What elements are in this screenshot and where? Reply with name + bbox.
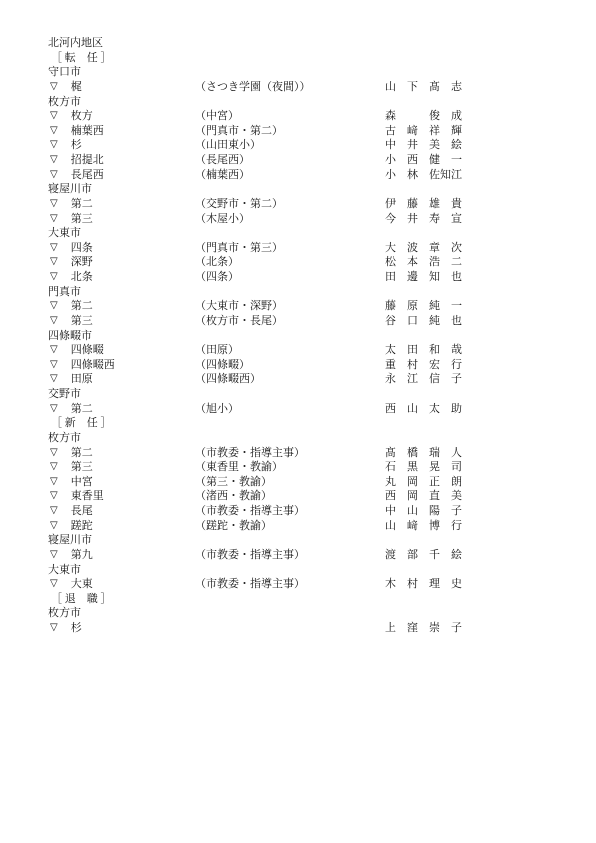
previous-post: （渚西・教諭）	[195, 489, 385, 504]
triangle-marker-icon: ▽	[48, 168, 58, 183]
triangle-marker-icon: ▽	[48, 109, 58, 124]
person-name: 西 山 太 助	[385, 402, 462, 417]
person-name: 森 俊 成	[385, 109, 462, 124]
triangle-marker-icon: ▽	[48, 621, 58, 636]
school-name: 四條畷	[71, 343, 104, 358]
entry-row: ▽第三（枚方市・長尾）谷 口 純 也	[48, 314, 596, 329]
person-name: 石 黒 晃 司	[385, 460, 462, 475]
previous-post: （木屋小）	[195, 212, 385, 227]
triangle-marker-icon: ▽	[48, 519, 58, 534]
person-name: 西 岡 直 美	[385, 489, 462, 504]
entry-left: ▽招提北	[48, 153, 195, 168]
triangle-marker-icon: ▽	[48, 241, 58, 256]
previous-post: （四條畷）	[195, 358, 385, 373]
personnel-list: 北河内地区［ 転 任 ］守口市▽梶（さつき学園（夜間））山 下 髙 志枚方市▽枚…	[48, 36, 596, 636]
previous-post: （交野市・第二）	[195, 197, 385, 212]
entry-left: ▽楠葉西	[48, 124, 195, 139]
entry-left: ▽長尾西	[48, 168, 195, 183]
entry-row: ▽長尾西（楠葉西）小 林 佐知江	[48, 168, 596, 183]
triangle-marker-icon: ▽	[48, 299, 58, 314]
previous-post: （長尾西）	[195, 153, 385, 168]
triangle-marker-icon: ▽	[48, 372, 58, 387]
entry-left: ▽四条	[48, 241, 195, 256]
school-name: 第二	[71, 402, 93, 417]
school-name: 杉	[71, 621, 82, 636]
school-name: 第二	[71, 446, 93, 461]
person-name: 伊 藤 雄 貴	[385, 197, 462, 212]
person-name: 丸 岡 正 朗	[385, 475, 462, 490]
entry-left: ▽第二	[48, 299, 195, 314]
triangle-marker-icon: ▽	[48, 446, 58, 461]
section-row: ［ 退 職 ］	[48, 592, 596, 607]
school-name: 大東	[71, 577, 93, 592]
entry-left: ▽第三	[48, 460, 195, 475]
entry-left: ▽田原	[48, 372, 195, 387]
city-row: 大東市	[48, 226, 596, 241]
entry-row: ▽杉上 窪 崇 子	[48, 621, 596, 636]
entry-row: ▽楠葉西（門真市・第二）古 﨑 祥 輝	[48, 124, 596, 139]
previous-post: （山田東小）	[195, 138, 385, 153]
city-row: 門真市	[48, 285, 596, 300]
triangle-marker-icon: ▽	[48, 314, 58, 329]
person-name: 永 江 信 子	[385, 372, 462, 387]
school-name: 第九	[71, 548, 93, 563]
triangle-marker-icon: ▽	[48, 577, 58, 592]
entry-left: ▽第三	[48, 314, 195, 329]
entry-row: ▽東香里（渚西・教諭）西 岡 直 美	[48, 489, 596, 504]
school-name: 北条	[71, 270, 93, 285]
entry-left: ▽長尾	[48, 504, 195, 519]
triangle-marker-icon: ▽	[48, 80, 58, 95]
entry-left: ▽北条	[48, 270, 195, 285]
previous-post: （さつき学園（夜間））	[195, 80, 385, 95]
school-name: 枚方	[71, 109, 93, 124]
person-name: 山 下 髙 志	[385, 80, 462, 95]
entry-left: ▽東香里	[48, 489, 195, 504]
person-name: 古 﨑 祥 輝	[385, 124, 462, 139]
previous-post: （市教委・指導主事）	[195, 504, 385, 519]
city-label: 大東市	[48, 226, 81, 241]
entry-row: ▽杉（山田東小）中 井 美 絵	[48, 138, 596, 153]
school-name: 杉	[71, 138, 82, 153]
entry-left: ▽大東	[48, 577, 195, 592]
city-label: 枚方市	[48, 431, 81, 446]
school-name: 四条	[71, 241, 93, 256]
school-name: 梶	[71, 80, 82, 95]
person-name: 今 井 寿 宣	[385, 212, 462, 227]
entry-left: ▽蹉跎	[48, 519, 195, 534]
triangle-marker-icon: ▽	[48, 343, 58, 358]
person-name: 山 﨑 博 行	[385, 519, 462, 534]
person-name: 松 本 浩 二	[385, 255, 462, 270]
entry-left: ▽中宮	[48, 475, 195, 490]
city-label: 門真市	[48, 285, 81, 300]
city-label: 四條畷市	[48, 329, 92, 344]
school-name: 蹉跎	[71, 519, 93, 534]
city-label: 寝屋川市	[48, 182, 92, 197]
previous-post: （大東市・深野）	[195, 299, 385, 314]
school-name: 中宮	[71, 475, 93, 490]
school-name: 深野	[71, 255, 93, 270]
school-name: 第二	[71, 197, 93, 212]
triangle-marker-icon: ▽	[48, 489, 58, 504]
entry-row: ▽大東（市教委・指導主事）木 村 理 史	[48, 577, 596, 592]
previous-post: （市教委・指導主事）	[195, 446, 385, 461]
entry-row: ▽四条（門真市・第三）大 波 章 次	[48, 241, 596, 256]
previous-post: （東香里・教諭）	[195, 460, 385, 475]
person-name: 中 山 陽 子	[385, 504, 462, 519]
region-label: 北河内地区	[48, 36, 103, 51]
triangle-marker-icon: ▽	[48, 212, 58, 227]
entry-left: ▽四條畷	[48, 343, 195, 358]
city-row: 大東市	[48, 563, 596, 578]
triangle-marker-icon: ▽	[48, 504, 58, 519]
city-row: 四條畷市	[48, 329, 596, 344]
entry-row: ▽第三（東香里・教諭）石 黒 晃 司	[48, 460, 596, 475]
entry-left: ▽四條畷西	[48, 358, 195, 373]
person-name: 重 村 宏 行	[385, 358, 462, 373]
city-row: 守口市	[48, 65, 596, 80]
entry-left: ▽第二	[48, 197, 195, 212]
person-name: 藤 原 純 一	[385, 299, 462, 314]
previous-post: （市教委・指導主事）	[195, 548, 385, 563]
section-label: ［ 退 職 ］	[48, 592, 112, 607]
previous-post: （門真市・第二）	[195, 124, 385, 139]
entry-left: ▽第二	[48, 402, 195, 417]
previous-post: （門真市・第三）	[195, 241, 385, 256]
triangle-marker-icon: ▽	[48, 270, 58, 285]
city-row: 枚方市	[48, 606, 596, 621]
city-row: 枚方市	[48, 431, 596, 446]
person-name: 谷 口 純 也	[385, 314, 462, 329]
section-row: ［ 新 任 ］	[48, 416, 596, 431]
entry-left: ▽枚方	[48, 109, 195, 124]
city-label: 寝屋川市	[48, 533, 92, 548]
city-label: 交野市	[48, 387, 81, 402]
school-name: 田原	[71, 372, 93, 387]
school-name: 第二	[71, 299, 93, 314]
previous-post: （田原）	[195, 343, 385, 358]
entry-row: ▽招提北（長尾西）小 西 健 一	[48, 153, 596, 168]
section-label: ［ 転 任 ］	[48, 51, 112, 66]
city-label: 枚方市	[48, 606, 81, 621]
entry-left: ▽梶	[48, 80, 195, 95]
person-name: 渡 部 千 絵	[385, 548, 462, 563]
school-name: 東香里	[71, 489, 104, 504]
city-row: 寝屋川市	[48, 182, 596, 197]
previous-post: （第三・教諭）	[195, 475, 385, 490]
school-name: 四條畷西	[71, 358, 115, 373]
previous-post: （四条）	[195, 270, 385, 285]
entry-left: ▽第三	[48, 212, 195, 227]
entry-left: ▽第二	[48, 446, 195, 461]
entry-row: ▽第二（大東市・深野）藤 原 純 一	[48, 299, 596, 314]
school-name: 第三	[71, 314, 93, 329]
previous-post: （旭小）	[195, 402, 385, 417]
triangle-marker-icon: ▽	[48, 358, 58, 373]
entry-left: ▽深野	[48, 255, 195, 270]
person-name: 太 田 和 哉	[385, 343, 462, 358]
person-name: 大 波 章 次	[385, 241, 462, 256]
city-row: 交野市	[48, 387, 596, 402]
triangle-marker-icon: ▽	[48, 124, 58, 139]
entry-row: ▽枚方（中宮）森 俊 成	[48, 109, 596, 124]
section-row: ［ 転 任 ］	[48, 51, 596, 66]
school-name: 招提北	[71, 153, 104, 168]
previous-post: （市教委・指導主事）	[195, 577, 385, 592]
entry-row: ▽中宮（第三・教諭）丸 岡 正 朗	[48, 475, 596, 490]
person-name: 小 西 健 一	[385, 153, 462, 168]
previous-post: （枚方市・長尾）	[195, 314, 385, 329]
entry-row: ▽四條畷（田原）太 田 和 哉	[48, 343, 596, 358]
entry-left: ▽杉	[48, 621, 195, 636]
entry-row: ▽深野（北条）松 本 浩 二	[48, 255, 596, 270]
triangle-marker-icon: ▽	[48, 153, 58, 168]
person-name: 木 村 理 史	[385, 577, 462, 592]
city-label: 大東市	[48, 563, 81, 578]
person-name: 中 井 美 絵	[385, 138, 462, 153]
city-row: 枚方市	[48, 95, 596, 110]
school-name: 長尾	[71, 504, 93, 519]
person-name: 髙 橋 瑞 人	[385, 446, 462, 461]
entry-row: ▽田原（四條畷西）永 江 信 子	[48, 372, 596, 387]
previous-post: （北条）	[195, 255, 385, 270]
section-label: ［ 新 任 ］	[48, 416, 112, 431]
school-name: 第三	[71, 460, 93, 475]
entry-row: ▽第二（市教委・指導主事）髙 橋 瑞 人	[48, 446, 596, 461]
previous-post: （楠葉西）	[195, 168, 385, 183]
entry-row: ▽梶（さつき学園（夜間））山 下 髙 志	[48, 80, 596, 95]
city-label: 枚方市	[48, 95, 81, 110]
triangle-marker-icon: ▽	[48, 255, 58, 270]
person-name: 小 林 佐知江	[385, 168, 462, 183]
triangle-marker-icon: ▽	[48, 138, 58, 153]
entry-row: ▽蹉跎（蹉跎・教諭）山 﨑 博 行	[48, 519, 596, 534]
entry-left: ▽第九	[48, 548, 195, 563]
region-row: 北河内地区	[48, 36, 596, 51]
entry-row: ▽長尾（市教委・指導主事）中 山 陽 子	[48, 504, 596, 519]
entry-row: ▽北条（四条）田 邊 知 也	[48, 270, 596, 285]
school-name: 長尾西	[71, 168, 104, 183]
school-name: 第三	[71, 212, 93, 227]
city-row: 寝屋川市	[48, 533, 596, 548]
entry-row: ▽四條畷西（四條畷）重 村 宏 行	[48, 358, 596, 373]
triangle-marker-icon: ▽	[48, 197, 58, 212]
entry-row: ▽第九（市教委・指導主事）渡 部 千 絵	[48, 548, 596, 563]
triangle-marker-icon: ▽	[48, 548, 58, 563]
person-name: 上 窪 崇 子	[385, 621, 462, 636]
triangle-marker-icon: ▽	[48, 475, 58, 490]
school-name: 楠葉西	[71, 124, 104, 139]
entry-row: ▽第三（木屋小）今 井 寿 宣	[48, 212, 596, 227]
triangle-marker-icon: ▽	[48, 460, 58, 475]
previous-post: （中宮）	[195, 109, 385, 124]
entry-row: ▽第二（旭小）西 山 太 助	[48, 402, 596, 417]
person-name: 田 邊 知 也	[385, 270, 462, 285]
city-label: 守口市	[48, 65, 81, 80]
entry-row: ▽第二（交野市・第二）伊 藤 雄 貴	[48, 197, 596, 212]
entry-left: ▽杉	[48, 138, 195, 153]
triangle-marker-icon: ▽	[48, 402, 58, 417]
previous-post: （四條畷西）	[195, 372, 385, 387]
document-page: 北河内地区［ 転 任 ］守口市▽梶（さつき学園（夜間））山 下 髙 志枚方市▽枚…	[0, 0, 596, 843]
previous-post: （蹉跎・教諭）	[195, 519, 385, 534]
